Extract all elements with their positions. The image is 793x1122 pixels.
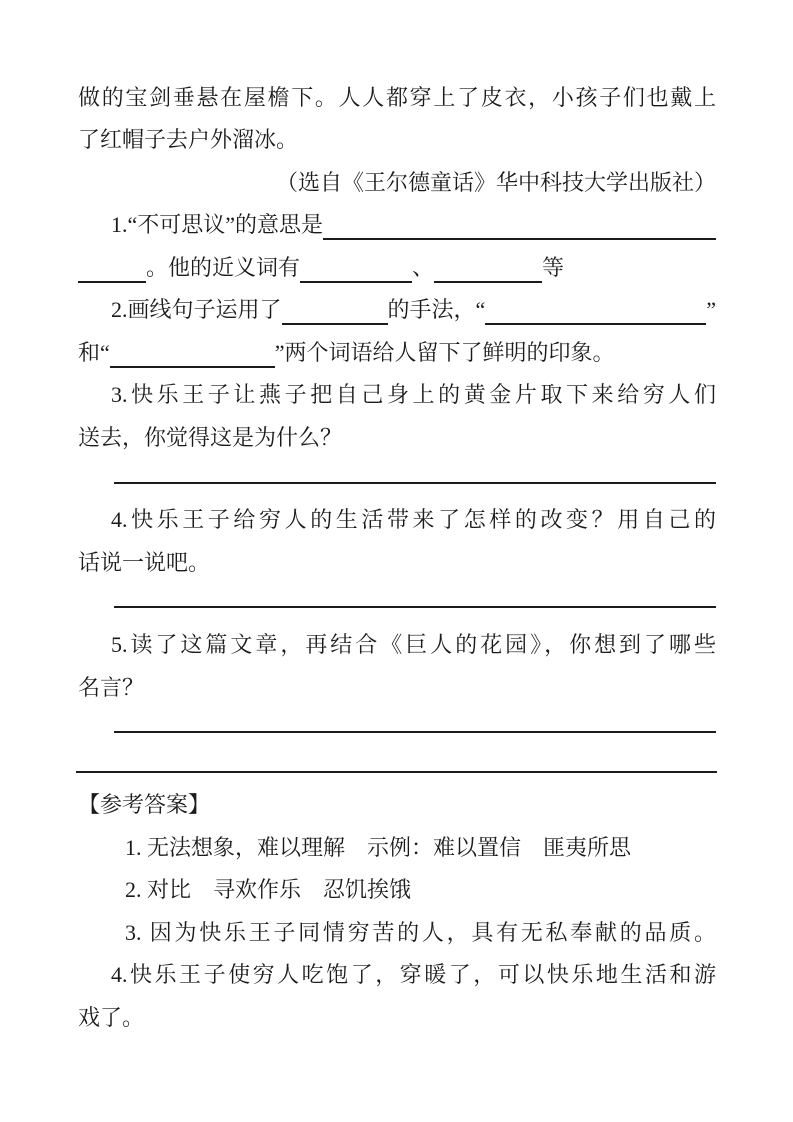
passage-source: （选自《王尔德童话》华中科技大学出版社） [78, 167, 716, 198]
question-4-line-1: 4.快乐王子给穷人的生活带来了怎样的改变？用自己的 [78, 504, 716, 535]
answer-item-3: 3. 因为快乐王子同情穷苦的人，具有无私奉献的品质。 [78, 917, 716, 948]
question-5-line-2: 名言？ [78, 672, 716, 703]
worksheet-page: 做的宝剑垂悬在屋檐下。人人都穿上了皮衣，小孩子们也戴上 了红帽子去户外溜冰。 （… [0, 0, 793, 1122]
question-2-line-2: 和“ ”两个词语给人留下了鲜明的印象。 [78, 337, 716, 368]
answer-item-4-line-1: 4.快乐王子使穷人吃饱了，穿暖了，可以快乐地生活和游 [78, 959, 716, 990]
question-1-prompt: 1.“不可思议”的意思是 [111, 209, 323, 240]
answer-item-2: 2. 对比 寻欢作乐 忍饥挨饿 [78, 874, 716, 905]
question-2-line2-open: 和“ [78, 337, 110, 368]
passage-line-2: 了红帽子去户外溜冰。 [78, 124, 716, 155]
answer-writing-line [114, 482, 716, 484]
question-2-mid: 的手法，“ [388, 294, 486, 325]
passage-line-1: 做的宝剑垂悬在屋檐下。人人都穿上了皮衣，小孩子们也戴上 [78, 82, 716, 113]
question-2-prompt: 2.画线句子运用了 [111, 294, 282, 325]
question-1-separator: 、 [412, 252, 434, 283]
section-divider-line [76, 771, 717, 773]
question-1-continuation: 。他的近义词有 [146, 252, 300, 283]
fill-in-blank [110, 337, 275, 368]
fill-in-blank [300, 252, 412, 283]
question-1-line-2: 。他的近义词有 、 等 [78, 252, 716, 283]
question-5-line-1: 5.读了这篇文章，再结合《巨人的花园》，你想到了哪些 [78, 629, 716, 660]
answer-item-4-line-2: 戏了。 [78, 1002, 716, 1033]
question-1-line-1: 1.“不可思议”的意思是 [78, 209, 716, 240]
answer-writing-line [114, 606, 716, 608]
fill-in-blank [485, 294, 706, 325]
question-2-line-1: 2.画线句子运用了 的手法，“ ” [78, 294, 716, 325]
fill-in-blank [323, 209, 716, 240]
fill-in-blank [78, 252, 146, 283]
question-2-close-quote: ” [706, 294, 716, 325]
fill-in-blank [282, 294, 388, 325]
question-3-line-1: 3.快乐王子让燕子把自己身上的黄金片取下来给穷人们 [78, 379, 716, 410]
question-1-suffix: 等 [542, 252, 564, 283]
answer-item-1: 1. 无法想象，难以理解 示例：难以置信 匪夷所思 [78, 832, 716, 863]
fill-in-blank [434, 252, 542, 283]
answer-key-header: 【参考答案】 [78, 789, 716, 820]
question-4-line-2: 话说一说吧。 [78, 547, 716, 578]
question-3-line-2: 送去，你觉得这是为什么？ [78, 422, 716, 453]
answer-writing-line [114, 731, 716, 733]
question-2-line2-rest: ”两个词语给人留下了鲜明的印象。 [275, 337, 615, 368]
